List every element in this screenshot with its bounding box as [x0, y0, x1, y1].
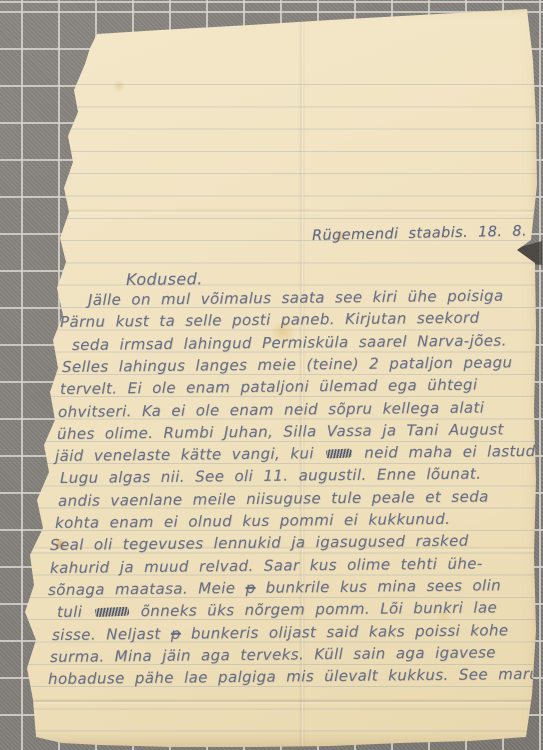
crossed-out-word	[94, 607, 128, 618]
letter-salutation: Kodused.	[126, 270, 203, 289]
crossed-out-letter: p	[171, 625, 181, 643]
line-text: õnneks üks nõrgem pomm. Lõi bunkri lae	[141, 598, 498, 620]
line-text: bunkrile kus mina sees olin	[266, 576, 502, 596]
crossed-out-letter: p	[245, 579, 255, 597]
line-text: bunkeris olijast said kaks poissi kohe	[191, 621, 509, 642]
line-text: neid maha ei lastud.	[364, 442, 541, 462]
line-text: sõnaga maatasa. Meie	[48, 579, 236, 599]
line-text: sisse. Neljast	[52, 625, 161, 644]
fold-crease-horizontal-top	[24, 209, 539, 214]
photograph-of-letter: Rügemendi staabis. 18. 8. 44. Kodused. J…	[0, 0, 543, 750]
line-text: tuli	[57, 603, 83, 621]
fold-crease-horizontal-bottom	[24, 699, 539, 704]
letter-paper: Rügemendi staabis. 18. 8. 44. Kodused. J…	[0, 0, 543, 750]
crossed-out-word	[326, 448, 352, 458]
line-text: jäid venelaste kätte vangi, kui	[55, 444, 314, 465]
